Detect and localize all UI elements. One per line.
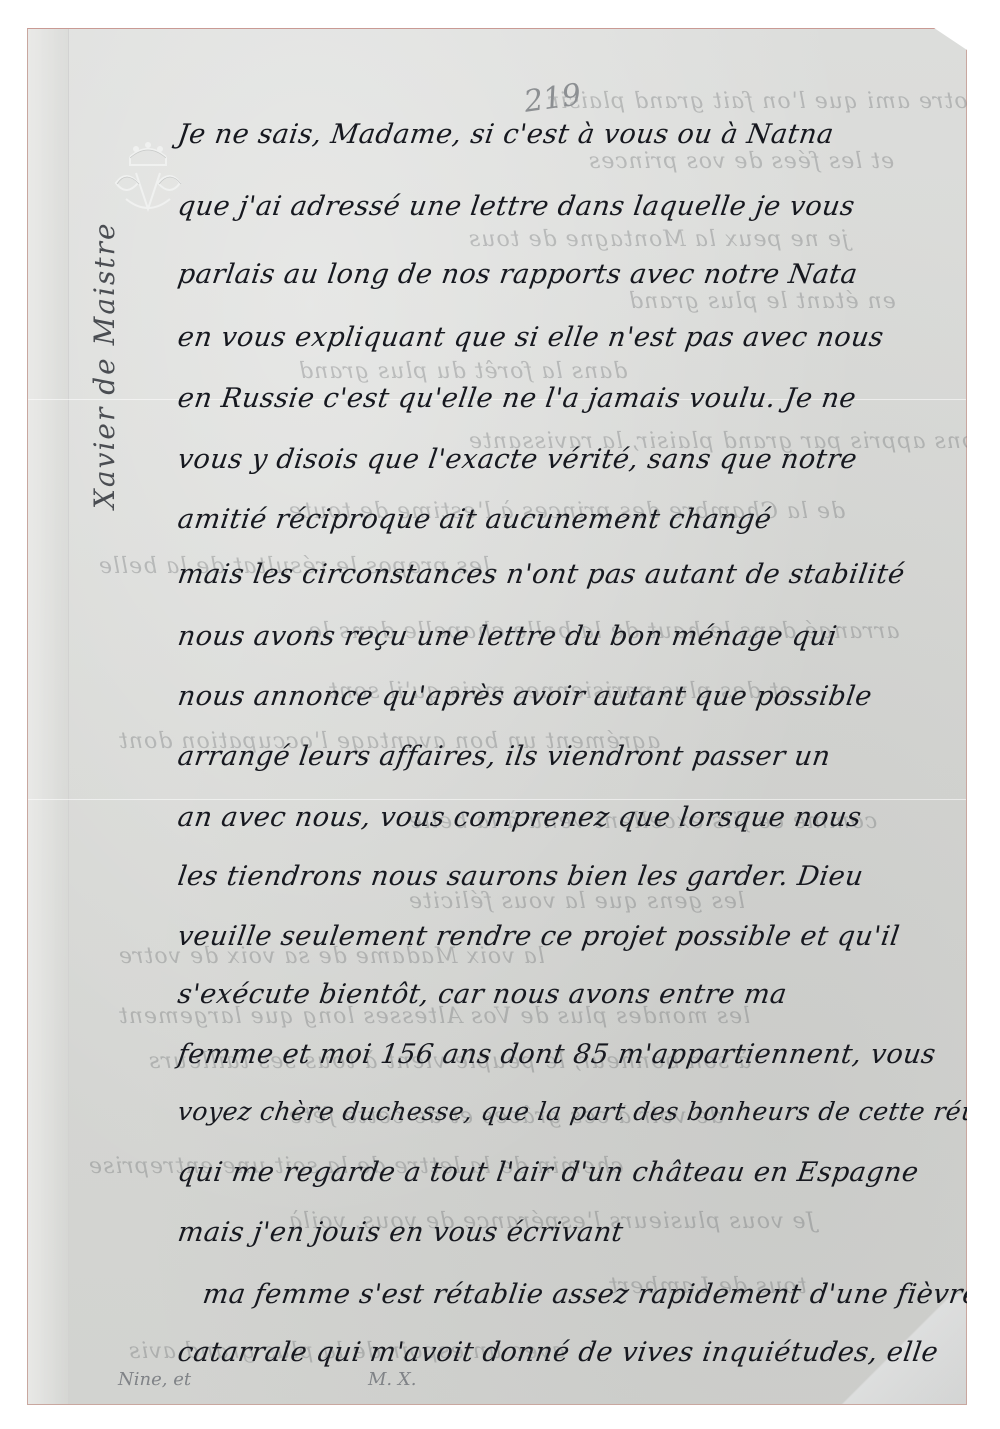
letter-line: qui me regarde a tout l'air d'un château…: [176, 1157, 921, 1188]
faint-annotation: M. X.: [368, 1369, 416, 1390]
bleed-through-text: dans la forêt du plus grand: [298, 359, 627, 384]
letter-line: voyez chère duchesse, que la part des bo…: [176, 1097, 1000, 1126]
letter-line: mais j'en jouis en vous écrivant: [176, 1217, 625, 1248]
letter-line: femme et moi 156 ans dont 85 m'appartien…: [176, 1039, 938, 1070]
letter-line: Je ne sais, Madame, si c'est à vous ou à…: [176, 119, 836, 150]
letter-line: ma femme s'est rétablie assez rapidement…: [201, 1279, 981, 1310]
letter-line: arrangé leurs affaires, ils viendront pa…: [176, 741, 833, 772]
letter-line: mais les circonstances n'ont pas autant …: [176, 559, 907, 590]
letter-line: amitié réciproque ait aucunement changé: [176, 504, 774, 535]
letter-line: les tiendrons nous saurons bien les gard…: [176, 861, 866, 892]
letter-line: parlais au long de nos rapports avec not…: [176, 259, 860, 290]
letter-line: vous y disois que l'exacte vérité, sans …: [176, 444, 859, 475]
letter-line: que j'ai adressé une lettre dans laquell…: [176, 191, 857, 222]
letter-page: votre ami que l'on fait grand plaisir et…: [27, 28, 967, 1405]
letter-line: an avec nous, vous comprenez que lorsque…: [176, 802, 864, 833]
folded-left-edge: [28, 29, 69, 1404]
letter-line: en Russie c'est qu'elle ne l'a jamais vo…: [176, 383, 858, 414]
bleed-through-text: votre ami que l'on fait grand plaisir: [548, 89, 981, 114]
letter-line: en vous expliquant que si elle n'est pas…: [176, 322, 886, 353]
bleed-through-text: en étant le plus grand: [628, 289, 896, 314]
bleed-through-text: je ne peux la Montagne de tous: [468, 227, 849, 252]
faint-annotation: Nine, et: [118, 1369, 191, 1390]
margin-annotation: Xavier de Maistre: [88, 221, 121, 509]
bleed-through-text: les gens que la vous félicite: [408, 889, 745, 914]
letter-line: catarrale qui m'avoit donné de vives inq…: [176, 1337, 941, 1368]
letter-line: nous avons reçu une lettre du bon ménage…: [176, 621, 839, 652]
bleed-through-text: et les fées de vos princes: [588, 149, 894, 174]
letter-line: s'exécute bientôt, car nous avons entre …: [176, 979, 789, 1010]
letter-line: nous annonce qu'après avoir autant que p…: [176, 681, 874, 712]
letter-line: veuille seulement rendre ce projet possi…: [176, 921, 902, 952]
fold-line: [28, 799, 966, 800]
